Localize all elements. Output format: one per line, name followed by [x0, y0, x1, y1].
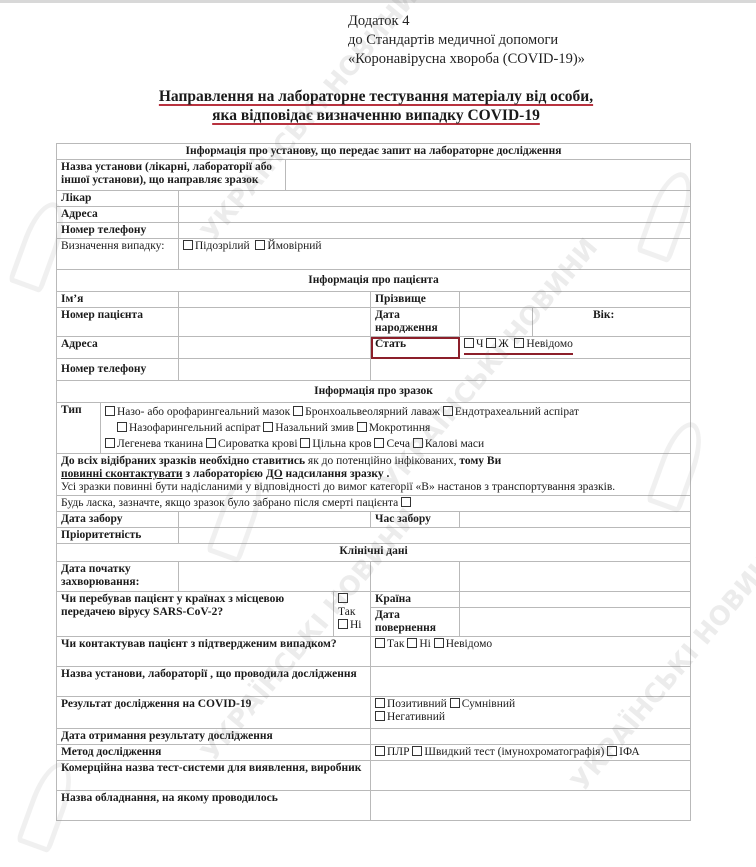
- institution-address-label: Адреса: [57, 207, 179, 223]
- option-label: ІФА: [619, 746, 640, 758]
- option-label: Назофарингельний аспірат: [129, 422, 260, 434]
- document-title-line1: Направлення на лабораторне тестування ма…: [0, 88, 754, 106]
- top-border: [0, 0, 756, 3]
- postmortem-note: Будь ласка, зазначте, якщо зразок було з…: [61, 497, 398, 509]
- test-system-field[interactable]: [371, 761, 691, 791]
- notice-text: До всіх відібраних зразків необхідно ста…: [61, 455, 305, 467]
- appendix-header: Додаток 4 до Стандартів медичної допомог…: [348, 12, 585, 69]
- section-clinical: Клінічні дані: [57, 544, 691, 562]
- checkbox-postmortem[interactable]: [401, 497, 411, 507]
- collection-time-field[interactable]: [460, 512, 691, 528]
- first-name-label: Ім’я: [57, 292, 179, 308]
- country-label: Країна: [371, 592, 460, 608]
- lab-name-label: Назва установи, лабораторії , що проводи…: [57, 667, 371, 697]
- option-label: Невідомо: [526, 338, 572, 350]
- postmortem-row: Будь ласка, зазначте, якщо зразок було з…: [57, 496, 691, 512]
- sex-options: Ч Ж Невідомо: [460, 337, 691, 359]
- travel-question: Чи перебував пацієнт у країнах з місцево…: [57, 592, 334, 637]
- result-label: Результат дослідження на COVID-19: [57, 697, 371, 729]
- checkbox-result-doubtful[interactable]: [450, 698, 460, 708]
- option-label: Сироватка крові: [218, 438, 298, 450]
- option-label: Ж: [498, 338, 508, 350]
- checkbox-travel-yes[interactable]: [338, 593, 348, 603]
- result-options: Позитивний Сумнівний Негативний: [371, 697, 691, 729]
- first-name-field[interactable]: [179, 292, 371, 308]
- option-label: Швидкий тест (імунохроматографія): [424, 746, 604, 758]
- option-label: ПЛР: [387, 746, 410, 758]
- option-label: Назальний змив: [275, 422, 354, 434]
- patient-number-field[interactable]: [179, 308, 371, 337]
- onset-date-label: Дата початку захворювання:: [57, 562, 179, 592]
- checkbox-unknown-sex[interactable]: [514, 338, 524, 348]
- option-label: Так: [387, 638, 404, 650]
- appendix-line: Додаток 4: [348, 12, 585, 31]
- birth-date-label: Дата народження: [371, 308, 460, 337]
- option-label: Ендотрахеальний аспірат: [455, 406, 579, 418]
- option-label: Калові маси: [425, 438, 484, 450]
- age-label: Вік:: [533, 308, 691, 337]
- collection-date-label: Дата забору: [57, 512, 179, 528]
- transport-note: Усі зразки повинні бути надісланими у ві…: [61, 481, 615, 493]
- return-date-field[interactable]: [460, 608, 691, 637]
- patient-phone-field[interactable]: [179, 359, 371, 381]
- checkbox-travel-no[interactable]: [338, 619, 348, 629]
- option-label: Ч: [476, 338, 483, 350]
- checkbox-contact-yes[interactable]: [375, 638, 385, 648]
- appendix-line: «Коронавірусна хвороба (COVID-19)»: [348, 50, 585, 69]
- notice-text: надсилання зразку .: [283, 468, 390, 480]
- option-label: Цільна кров: [312, 438, 371, 450]
- priority-field[interactable]: [179, 528, 691, 544]
- option-label: Мокротиння: [369, 422, 430, 434]
- last-name-field[interactable]: [460, 292, 691, 308]
- option-label: Ні: [350, 619, 362, 631]
- document-title-line2: яка відповідає визначенню випадку COVID-…: [0, 107, 754, 125]
- onset-date-field[interactable]: [179, 562, 371, 592]
- checkbox-sample-type[interactable]: [263, 422, 273, 432]
- option-label: Сеча: [386, 438, 410, 450]
- notice-text: ДО: [266, 468, 283, 480]
- onset-extra-field-2[interactable]: [460, 562, 691, 592]
- sample-type-label: Тип: [57, 403, 101, 454]
- method-options: ПЛР Швидкий тест (імунохроматографія) ІФ…: [371, 745, 691, 761]
- notice-text: тому Ви: [459, 455, 501, 467]
- equipment-label: Назва обладнання, на якому проводилось: [57, 791, 371, 821]
- travel-options: Так Ні: [334, 592, 371, 637]
- option-label: Так: [338, 606, 355, 618]
- case-definition-label: Визначення випадку:: [57, 239, 179, 270]
- notice-text: з лабораторією: [183, 468, 266, 480]
- option-label: Сумнівний: [462, 698, 516, 710]
- contact-question: Чи контактував пацієнт з підтвердженим в…: [57, 637, 371, 667]
- notice-text: як до потенційно інфікованих,: [305, 455, 459, 467]
- institution-phone-field[interactable]: [179, 223, 691, 239]
- equipment-field[interactable]: [371, 791, 691, 821]
- checkbox-method-rapid[interactable]: [412, 746, 422, 756]
- option-label: Невідомо: [446, 638, 492, 650]
- checkbox-method-pcr[interactable]: [375, 746, 385, 756]
- checkbox-sample-type[interactable]: [300, 438, 310, 448]
- section-institution: Інформація про установу, що передає запи…: [57, 144, 691, 160]
- checkbox-probable[interactable]: [255, 240, 265, 250]
- referral-form: Інформація про установу, що передає запи…: [56, 143, 691, 821]
- result-date-label: Дата отримання результату дослідження: [57, 729, 371, 745]
- checkbox-sample-type[interactable]: [105, 438, 115, 448]
- option-label: Підозрілий: [195, 240, 250, 252]
- option-label: Бронхоальвеолярний лаваж: [305, 406, 440, 418]
- checkbox-sample-type[interactable]: [117, 422, 127, 432]
- checkbox-sample-type[interactable]: [293, 406, 303, 416]
- checkbox-sample-type[interactable]: [206, 438, 216, 448]
- last-name-label: Прізвище: [371, 292, 460, 308]
- checkbox-contact-no[interactable]: [407, 638, 417, 648]
- patient-phone-label: Номер телефону: [57, 359, 179, 381]
- case-definition-options: Підозрілий Ймовірний: [179, 239, 691, 270]
- option-label: Позитивний: [387, 698, 447, 710]
- priority-label: Пріоритетність: [57, 528, 179, 544]
- contact-options: Так Ні Невідомо: [371, 637, 691, 667]
- collection-date-field[interactable]: [179, 512, 371, 528]
- method-label: Метод дослідження: [57, 745, 371, 761]
- notice-text: повинні сконтактувати: [61, 468, 183, 480]
- patient-address-field[interactable]: [179, 337, 371, 359]
- country-field[interactable]: [460, 592, 691, 608]
- patient-address-label: Адреса: [57, 337, 179, 359]
- doctor-label: Лікар: [57, 191, 179, 207]
- option-label: Назо- або орофарингеальний мазок: [117, 406, 290, 418]
- lab-name-field[interactable]: [371, 667, 691, 697]
- checkbox-sample-type[interactable]: [413, 438, 423, 448]
- appendix-line: до Стандартів медичної допомоги: [348, 31, 585, 50]
- institution-phone-label: Номер телефону: [57, 223, 179, 239]
- checkbox-sample-type[interactable]: [443, 406, 453, 416]
- sample-type-options: Назо- або орофарингеальний мазок Бронхоа…: [101, 403, 691, 454]
- checkbox-sample-type[interactable]: [357, 422, 367, 432]
- handling-notice: До всіх відібраних зразків необхідно ста…: [57, 454, 691, 496]
- checkbox-method-elisa[interactable]: [607, 746, 617, 756]
- checkbox-result-positive[interactable]: [375, 698, 385, 708]
- checkbox-male[interactable]: [464, 338, 474, 348]
- doctor-field[interactable]: [179, 191, 691, 207]
- checkbox-contact-unknown[interactable]: [434, 638, 444, 648]
- option-label: Легенева тканина: [117, 438, 203, 450]
- result-date-field[interactable]: [371, 729, 691, 745]
- institution-name-label: Назва установи (лікарні, лабораторії або…: [57, 160, 286, 191]
- patient-number-label: Номер пацієнта: [57, 308, 179, 337]
- checkbox-sample-type[interactable]: [105, 406, 115, 416]
- checkbox-result-negative[interactable]: [375, 711, 385, 721]
- institution-name-field[interactable]: [286, 160, 691, 191]
- patient-phone-extra[interactable]: [371, 359, 691, 381]
- return-date-label: Дата повернення: [371, 608, 460, 637]
- institution-address-field[interactable]: [179, 207, 691, 223]
- sex-label: Стать: [371, 337, 460, 359]
- birth-date-field[interactable]: [460, 308, 533, 337]
- option-label: Ймовірний: [267, 240, 321, 252]
- onset-extra-field[interactable]: [371, 562, 460, 592]
- checkbox-suspected[interactable]: [183, 240, 193, 250]
- section-patient: Інформація про пацієнта: [57, 270, 691, 292]
- test-system-label: Комерційна назва тест-системи для виявле…: [57, 761, 371, 791]
- checkbox-sample-type[interactable]: [374, 438, 384, 448]
- option-label: Ні: [419, 638, 431, 650]
- checkbox-female[interactable]: [486, 338, 496, 348]
- section-sample: Інформація про зразок: [57, 381, 691, 403]
- option-label: Негативний: [387, 711, 445, 723]
- collection-time-label: Час забору: [371, 512, 460, 528]
